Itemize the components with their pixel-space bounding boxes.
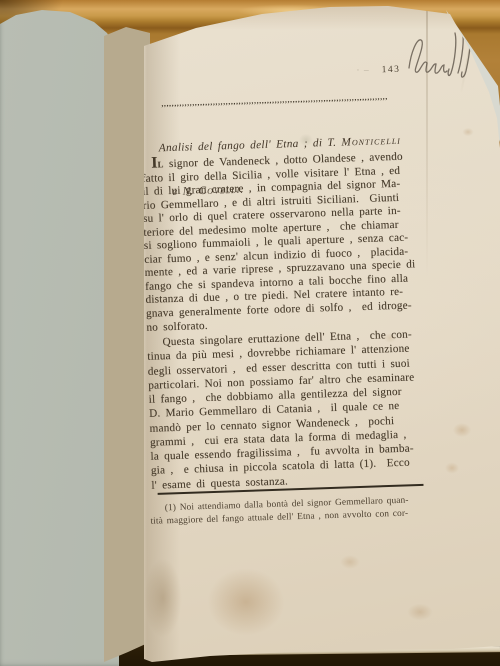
page-number: 143	[382, 65, 401, 76]
paragraph-1-lines: fatto il giro della Sicilia , volle visi…	[142, 164, 418, 335]
printed-text-block: · –143 ,,,,,,,,,,,,,,,,,,,,,,,,,,,,,,,,,…	[136, 50, 460, 639]
paragraph-2: Questa singolare eruttazione dell' Etna …	[147, 327, 418, 492]
faint-margin-mark: · –	[356, 66, 370, 76]
paragraph-1: IL signor de Vandeneck , dotto Olandese …	[141, 148, 417, 335]
author-name-monticelli: Monticelli	[341, 135, 401, 149]
page-header: · –143	[136, 65, 400, 83]
footnote: (1) Noi attendiamo dalla bontà del signo…	[150, 495, 409, 530]
